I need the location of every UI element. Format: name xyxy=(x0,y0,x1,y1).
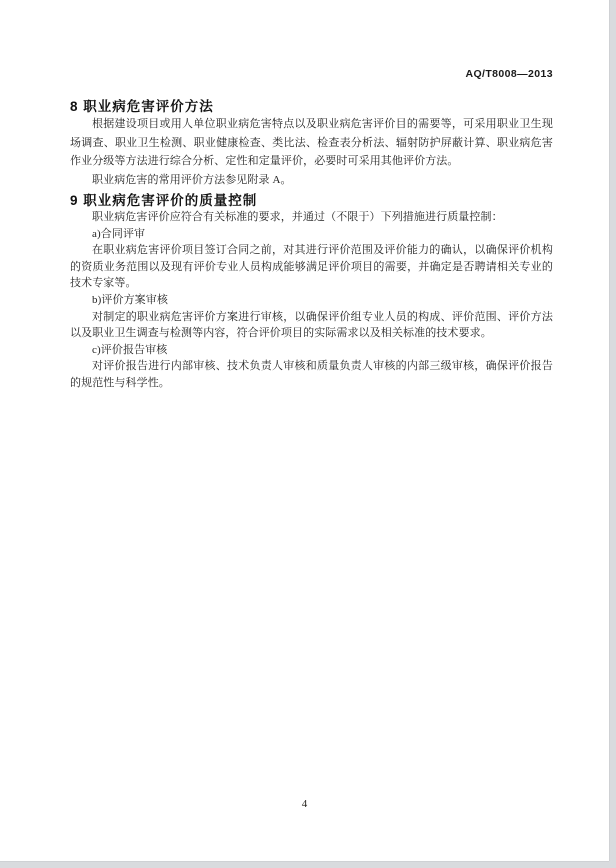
list-item-c-label: c)评价报告审核 xyxy=(70,342,553,359)
section-9-body: 职业病危害评价应符合有关标准的要求，并通过（不限于）下列措施进行质量控制： a)… xyxy=(70,209,553,392)
page-content: AQ/T8008—2013 8 职业病危害评价方法 根据建设项目或用人单位职业病… xyxy=(0,0,609,392)
standard-number-header: AQ/T8008—2013 xyxy=(70,0,553,81)
list-item-a-body: 在职业病危害评价项目签订合同之前，对其进行评价范围及评价能力的确认，以确保评价机… xyxy=(70,242,553,292)
section-8-paragraph: 根据建设项目或用人单位职业病危害特点以及职业病危害评价目的需要等，可采用职业卫生… xyxy=(70,115,553,171)
document-page: AQ/T8008—2013 8 职业病危害评价方法 根据建设项目或用人单位职业病… xyxy=(0,0,609,861)
section-9-intro: 职业病危害评价应符合有关标准的要求，并通过（不限于）下列措施进行质量控制： xyxy=(70,209,553,226)
list-item-b-label: b)评价方案审核 xyxy=(70,292,553,309)
section-9-heading: 9 职业病危害评价的质量控制 xyxy=(70,193,553,209)
section-8-body: 根据建设项目或用人单位职业病危害特点以及职业病危害评价目的需要等，可采用职业卫生… xyxy=(70,115,553,189)
section-8-heading: 8 职业病危害评价方法 xyxy=(70,99,553,115)
list-item-a-label: a)合同评审 xyxy=(70,226,553,243)
section-8-paragraph: 职业病危害的常用评价方法参见附录 A。 xyxy=(70,171,553,190)
list-item-b-body: 对制定的职业病危害评价方案进行审核，以确保评价组专业人员的构成、评价范围、评价方… xyxy=(70,309,553,342)
page-number: 4 xyxy=(0,798,609,810)
list-item-c-body: 对评价报告进行内部审核、技术负责人审核和质量负责人审核的内部三级审核，确保评价报… xyxy=(70,358,553,391)
